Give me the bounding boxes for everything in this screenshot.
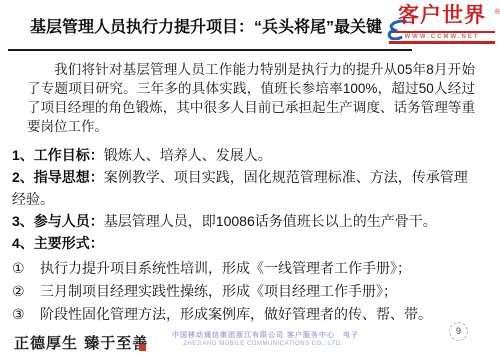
numbered-item: 1、工作目标：锻炼人、培养人、发展人。: [12, 144, 472, 166]
numbered-item: 3、参与人员：基层管理人员，即10086话务值班长以上的生产骨干。: [12, 210, 472, 232]
logo-domain: WWW.CCMW.NET: [405, 34, 480, 40]
item-text: 阶段性固化管理方法，形成案例库，做好管理者的传、帮、带。: [40, 306, 432, 322]
item-number: ②: [12, 280, 40, 303]
company-name-cn: 中国移动通信集团浙江有限公司 客户服务中心 电子: [172, 331, 354, 340]
item-text: 基层管理人员，即10086话务值班长以上的生产骨干。: [104, 213, 437, 229]
numbered-item: 2、指导思想：案例教学、项目实践，固化规范管理标准、方法，传承管理经验。: [12, 166, 472, 210]
item-text: 三月制项目经理实践性操练，形成《项目经理工作手册》；: [40, 283, 397, 299]
circled-item: ①执行力提升项目系统性培训，形成《一线管理者工作手册》；: [12, 257, 472, 280]
logo-registered-mark: ®: [495, 1, 500, 25]
item-label: 主要形式：: [34, 235, 104, 251]
item-label: 指导思想：: [34, 169, 104, 185]
item-number: 3、: [12, 213, 34, 229]
seal-icon: [139, 344, 146, 351]
item-number: ①: [12, 257, 40, 280]
item-number: 2、: [12, 169, 34, 185]
numbered-list: 1、工作目标：锻炼人、培养人、发展人。 2、指导思想：案例教学、项目实践，固化规…: [12, 144, 472, 254]
logo-wordmark: 客户世界®: [389, 4, 495, 28]
item-text: 执行力提升项目系统性培训，形成《一线管理者工作手册》；: [40, 260, 411, 276]
calligraphy-motto: 正德厚生 臻于至善: [14, 332, 148, 353]
item-number: ③: [12, 303, 40, 326]
title-underline: [8, 49, 412, 51]
circled-list: ①执行力提升项目系统性培训，形成《一线管理者工作手册》； ②三月制项目经理实践性…: [12, 257, 472, 326]
company-imprint: 中国移动通信集团浙江有限公司 客户服务中心 电子 ZHEJIANG MOBILE…: [172, 331, 354, 348]
item-label: 工作目标：: [34, 147, 104, 163]
company-logo: 客户世界® WWW.CCMW.NET: [389, 4, 495, 44]
item-number: 1、: [12, 147, 34, 163]
slide-canvas: 基层管理人员执行力提升项目：“兵头将尾”最关键 客户世界® WWW.CCMW.N…: [0, 0, 500, 361]
item-text: 锻炼人、培养人、发展人。: [104, 147, 272, 163]
company-name-en: ZHEJIANG MOBILE COMMUNICATIONS CO., LTD.: [172, 340, 354, 348]
circled-item: ③阶段性固化管理方法，形成案例库，做好管理者的传、帮、带。: [12, 303, 472, 326]
item-label: 参与人员：: [34, 213, 104, 229]
numbered-item: 4、主要形式：: [12, 232, 472, 254]
circled-item: ②三月制项目经理实践性操练，形成《项目经理工作手册》；: [12, 280, 472, 303]
page-number-badge: 9: [449, 322, 468, 341]
item-number: 4、: [12, 235, 34, 251]
intro-paragraph: 我们将针对基层管理人员工作能力特别是执行力的提升从05年8月开始了专题项目研究。…: [27, 60, 475, 136]
